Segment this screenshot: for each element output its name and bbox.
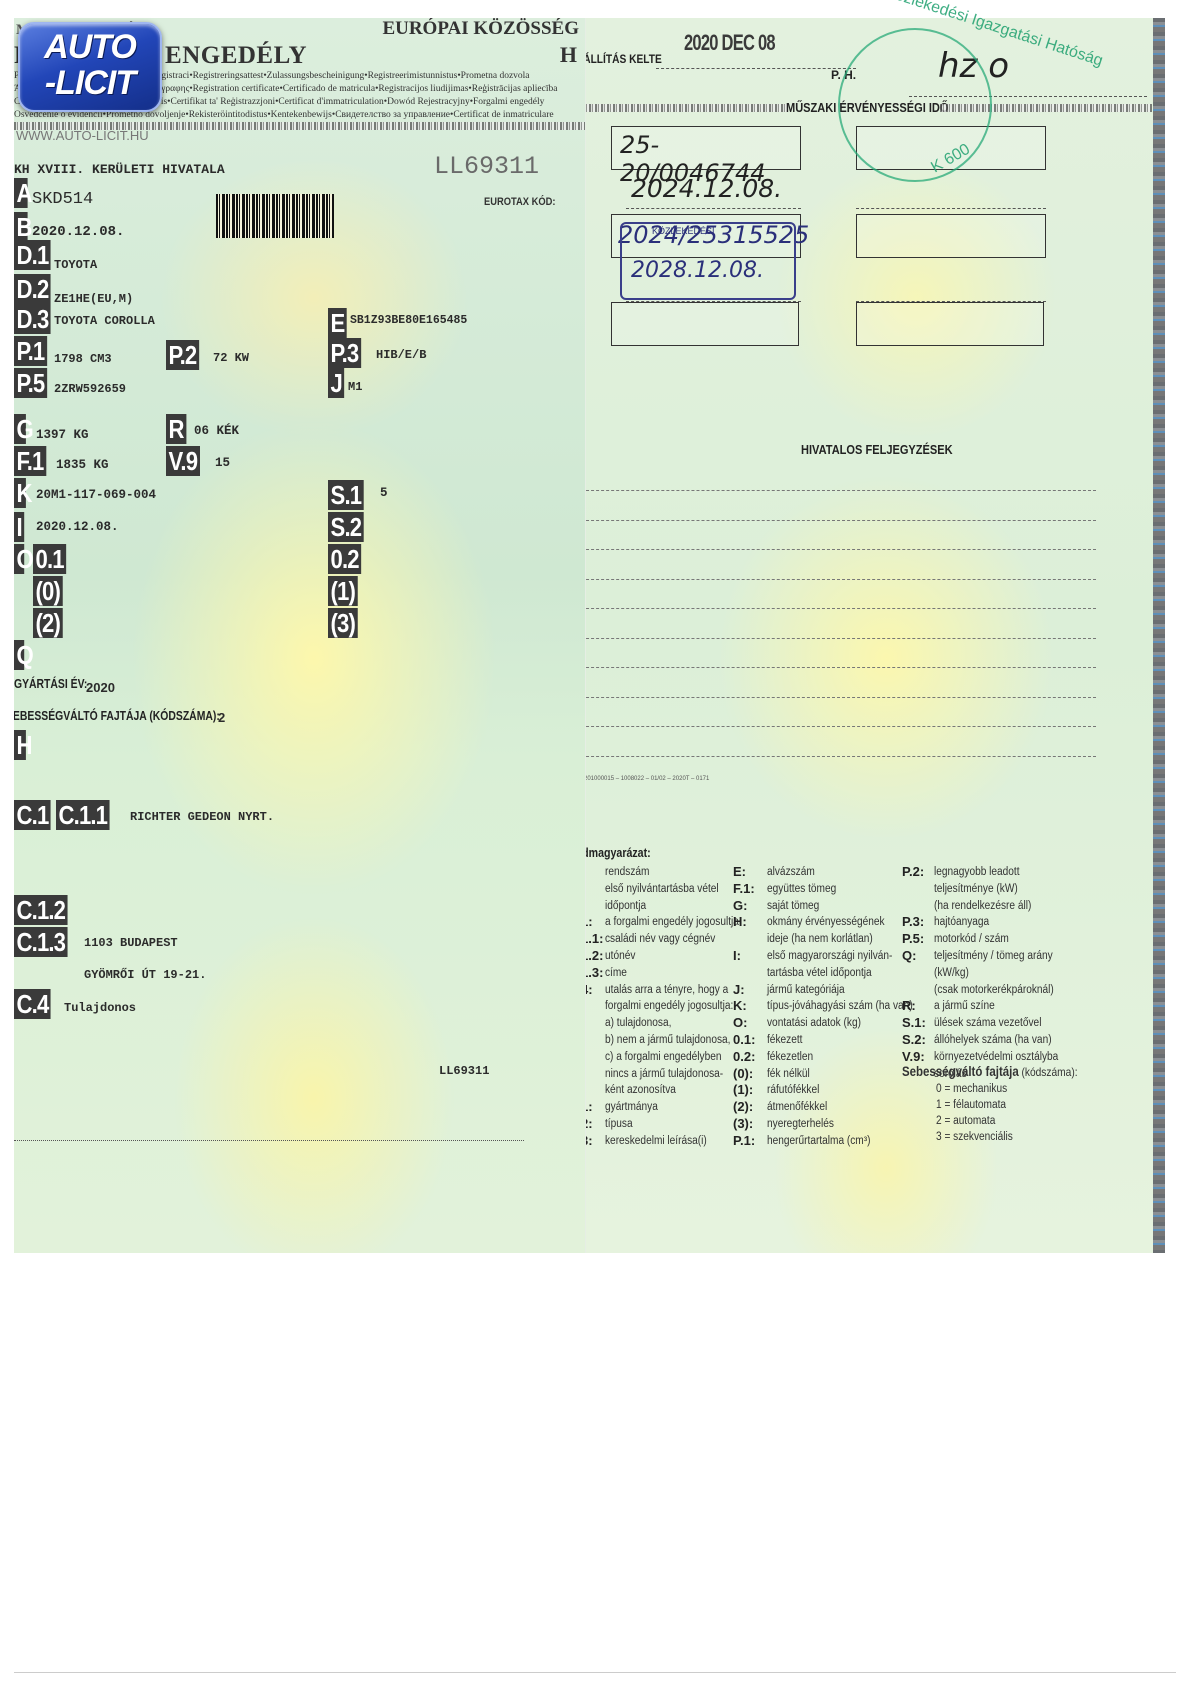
legend-entry: D.3:kereskedelmi leírása(i) — [585, 1133, 738, 1150]
legend-description: c) a forgalmi engedélyben — [605, 1049, 721, 1065]
legend-code: G: — [733, 898, 747, 914]
legend-code: (1): — [733, 1082, 753, 1098]
gearbox-legend-item: 3 = szekvenciális — [936, 1129, 1082, 1145]
notes-line — [585, 726, 1096, 727]
legend-entry: Q:teljesítmény / tömeg arány(kW/kg)(csak… — [902, 948, 1072, 998]
code-label-p5: P.5 — [14, 368, 47, 398]
legend-description: (ha rendelkezésre áll) — [934, 898, 1031, 914]
field-j-category: M1 — [348, 380, 362, 394]
legend-code: C.1.3: — [585, 965, 603, 981]
field-i-hu-registration: 2020.12.08. — [36, 520, 119, 534]
legend-description: típusa — [605, 1116, 633, 1132]
notes-line — [585, 756, 1096, 757]
legend-entry: D.1:gyártmánya — [585, 1099, 738, 1116]
serial-number: LL69311 — [434, 152, 539, 181]
legend-description: ülések száma vezetővel — [934, 1015, 1041, 1031]
legend-description: első nyilvántartásba vétel — [605, 881, 719, 897]
legend-entry: C.1.2:utónév — [585, 948, 738, 965]
footer-serial: LL69311 — [439, 1064, 489, 1078]
legend-entry: C.1.1:családi név vagy cégnév — [585, 931, 738, 948]
field-d2-type: ZE1HE(EU,M) — [54, 292, 133, 306]
legend-entry: O:vontatási adatok (kg) — [733, 1015, 903, 1032]
inspection-stamp: KÖZLEKEDÉSI — [620, 222, 796, 300]
code-label-brake2: (2) — [33, 608, 63, 638]
legend-entry: C.4:utalás arra a tényre, hogy aforgalmi… — [585, 982, 738, 1100]
code-label-k: K — [14, 478, 26, 508]
notes-line — [585, 490, 1096, 491]
legend-description: környezetvédelmi osztályba — [934, 1049, 1058, 1065]
gearbox-code: 2 — [218, 710, 225, 725]
legend-description: okmány érvényességének — [767, 914, 885, 930]
footer-rule — [14, 1140, 524, 1141]
legend-code: (2): — [733, 1099, 753, 1115]
legend-description: nyeregterhelés — [767, 1116, 834, 1132]
legend-description: (csak motorkerékpároknál) — [934, 982, 1054, 998]
legend-description: a) tulajdonosa, — [605, 1015, 671, 1031]
validity-box-empty — [856, 214, 1046, 258]
field-g-mass: 1397 KG — [36, 428, 89, 442]
legend-code: C.1: — [585, 914, 593, 930]
legend-entry: P.3:hajtóanyaga — [902, 914, 1072, 931]
logo-line1: AUTO — [20, 28, 160, 67]
legend-description: alvázszám — [767, 864, 815, 880]
code-label-o1: 0.1 — [33, 544, 66, 574]
code-label-d2: D.2 — [14, 274, 51, 304]
field-d1-make: TOYOTA — [54, 258, 97, 272]
code-label-f1: F.1 — [14, 446, 46, 476]
code-label-b: B — [14, 212, 28, 242]
date-line — [856, 208, 1046, 209]
gearbox-legend-suffix: (kódszáma): — [1021, 1065, 1077, 1079]
legend-code: (3): — [733, 1116, 753, 1132]
code-label-d1: D.1 — [14, 240, 51, 270]
notes-line — [585, 697, 1096, 698]
legend-column-2: E:alvázszámF.1:együttes tömegG:saját töm… — [733, 864, 903, 1150]
code-label-c11: C.1.1 — [56, 800, 110, 830]
gearbox-legend-title: Sebességváltó fajtája — [902, 1064, 1019, 1079]
code-label-brake1: (1) — [328, 576, 358, 606]
legend-description: hengerűrtartalma (cm³) — [767, 1133, 870, 1149]
legend-entry: B:első nyilvántartásba vételidőpontja — [585, 881, 738, 915]
legend-code: C.4: — [585, 982, 593, 998]
legend-description: a forgalmi engedély jogosultja — [605, 914, 739, 930]
legend-description: motorkód / szám — [934, 931, 1009, 947]
legend-entry: E:alvázszám — [733, 864, 903, 881]
legend-code: P.5: — [902, 931, 924, 947]
code-label-i: I — [14, 512, 24, 542]
legend-description: időpontja — [605, 898, 646, 914]
field-c4-relation: Tulajdonos — [64, 1001, 136, 1015]
legend-description: (kW/kg) — [934, 965, 969, 981]
code-label-e: E — [328, 308, 347, 338]
legend-code: S.1: — [902, 1015, 926, 1031]
notes-line — [585, 520, 1096, 521]
guilloche-border — [585, 104, 787, 112]
validity-box-3 — [611, 302, 799, 346]
legend-code: P.1: — [733, 1133, 755, 1149]
field-s1-seats: 5 — [380, 486, 388, 500]
legend-code: D.2: — [585, 1116, 593, 1132]
official-notes-title: HIVATALOS FELJEGYZÉSEK — [801, 442, 953, 457]
legend-entry: P.5:motorkód / szám — [902, 931, 1072, 948]
legend-description: állóhelyek száma (ha van) — [934, 1032, 1052, 1048]
legend-description: nincs a jármű tulajdonosa- — [605, 1066, 723, 1082]
code-label-h: H — [14, 730, 26, 760]
legend-description: együttes tömeg — [767, 881, 836, 897]
legend-code: C.1.2: — [585, 948, 603, 964]
field-c13-address-line2: GYÖMRŐI ÚT 19-21. — [84, 968, 206, 982]
code-label-s2: S.2 — [328, 512, 364, 542]
code-label-v9: V.9 — [166, 446, 200, 476]
registration-right-page: KIÁLLÍTÁS KELTE 2020 DEC 08 P. H. hz o M… — [585, 18, 1164, 1253]
legend-description: hajtóanyaga — [934, 914, 989, 930]
validity-date-1: 2024.12.08. — [631, 174, 782, 203]
legend-entry: I:első magyarországi nyilván-tartásba vé… — [733, 948, 903, 982]
field-e-vin: SB1Z93BE80E165485 — [350, 314, 467, 327]
legend-entry: (3):nyeregterhelés — [733, 1116, 903, 1133]
legend-code: C.1.1: — [585, 931, 603, 947]
legend-description: ként azonosítva — [605, 1082, 676, 1098]
logo-line2: -LICIT — [20, 64, 160, 103]
legend-description: jármű kategóriája — [767, 982, 845, 998]
legend-description: teljesítménye (kW) — [934, 881, 1018, 897]
legend-code: J: — [733, 982, 745, 998]
field-f1-total-mass: 1835 KG — [56, 458, 109, 472]
legend-entry: D.2:típusa — [585, 1116, 738, 1133]
legend-entry: G:saját tömeg — [733, 898, 903, 915]
legend-description: címe — [605, 965, 627, 981]
field-c13-address-line1: 1103 BUDAPEST — [84, 936, 178, 950]
legend-code: K: — [733, 998, 747, 1014]
issue-date-label: KIÁLLÍTÁS KELTE — [585, 52, 662, 66]
code-label-c13: C.1.3 — [14, 927, 68, 957]
notes-line — [585, 638, 1096, 639]
field-p2-power: 72 KW — [213, 351, 249, 365]
scan-edge — [1153, 18, 1165, 1253]
legend-description: saját tömeg — [767, 898, 819, 914]
auto-licit-logo: AUTO -LICIT — [18, 22, 162, 112]
legend-entry: S.1:ülések száma vezetővel — [902, 1015, 1072, 1032]
legend-code: Q: — [902, 948, 916, 964]
legend-code: 0.1: — [733, 1032, 755, 1048]
code-label-brake0: (0) — [33, 576, 63, 606]
issue-date-line — [656, 68, 856, 69]
legend-description: b) nem a jármű tulajdonosa, — [605, 1032, 730, 1048]
legend-code: O: — [733, 1015, 747, 1031]
legend-description: utalás arra a tényre, hogy a — [605, 982, 728, 998]
legend-entry: (1):ráfutófékkel — [733, 1082, 903, 1099]
legend-code: P.2: — [902, 864, 924, 880]
page-bottom-line — [14, 1672, 1176, 1673]
legend-column-1: A:rendszámB:első nyilvántartásba vételid… — [585, 864, 738, 1150]
code-label-r: R — [166, 414, 186, 444]
legend-description: forgalmi engedély jogosultja: — [605, 998, 733, 1014]
code-label-p1: P.1 — [14, 336, 47, 366]
field-r-color: 06 KÉK — [194, 424, 239, 438]
legend-entry: S.2:állóhelyek száma (ha van) — [902, 1032, 1072, 1049]
legend-description: gyártmánya — [605, 1099, 658, 1115]
legend-code: (0): — [733, 1066, 753, 1082]
field-d3-model: TOYOTA COROLLA — [54, 314, 155, 328]
notes-line — [585, 549, 1096, 550]
legend-entry: C.1:a forgalmi engedély jogosultja — [585, 914, 738, 931]
code-label-p2: P.2 — [166, 340, 199, 370]
legend-entry: (2):átmenőfékkel — [733, 1099, 903, 1116]
code-label-o2: 0.2 — [328, 544, 361, 574]
legend-description: utónév — [605, 948, 635, 964]
legend-code: I: — [733, 948, 741, 964]
issuing-authority: KH XVIII. KERÜLETI HIVATALA — [14, 162, 225, 177]
code-label-g: G — [14, 414, 26, 444]
legend-entry: (0):fék nélkül — [733, 1066, 903, 1083]
field-c11-owner-name: RICHTER GEDEON NYRT. — [130, 810, 274, 824]
issue-date-stamp: 2020 DEC 08 — [684, 30, 775, 56]
date-line — [626, 208, 801, 209]
legend-description: a jármű színe — [934, 998, 995, 1014]
legend-description: vontatási adatok (kg) — [767, 1015, 861, 1031]
legend-code: R: — [902, 998, 916, 1014]
barcode — [216, 194, 334, 238]
manufacture-year-label: GYÁRTÁSI ÉV: — [14, 676, 87, 691]
code-label-j: J — [328, 368, 345, 398]
legend-description: rendszám — [605, 864, 649, 880]
code-label-c4: C.4 — [14, 989, 51, 1019]
legend-description: fék nélkül — [767, 1066, 810, 1082]
legend-description: családi név vagy cégnév — [605, 931, 715, 947]
field-v9-env-class: 15 — [215, 456, 230, 470]
field-b-first-registration: 2020.12.08. — [32, 224, 124, 240]
legend-description: típus-jóváhagyási szám (ha van) — [767, 998, 913, 1014]
notes-line — [585, 608, 1096, 609]
gearbox-legend: Sebességváltó fajtája (kódszáma): 0 = me… — [902, 1064, 1102, 1145]
legend-code: 0.2: — [733, 1049, 755, 1065]
legend-entry: J:jármű kategóriája — [733, 982, 903, 999]
legend-entry: H:okmány érvényességénekideje (ha nem ko… — [733, 914, 903, 948]
legend-description: ráfutófékkel — [767, 1082, 819, 1098]
legend-code: E: — [733, 864, 746, 880]
eu-header: EURÓPAI KÖZÖSSÉG — [382, 18, 579, 40]
legend-description: teljesítmény / tömeg arány — [934, 948, 1053, 964]
legend-entry: A:rendszám — [585, 864, 738, 881]
watermark-url: WWW.AUTO-LICIT.HU — [16, 128, 149, 143]
gearbox-legend-item: 0 = mechanikus — [936, 1081, 1082, 1097]
legend-entry: F.1:együttes tömeg — [733, 881, 903, 898]
legend-description: átmenőfékkel — [767, 1099, 827, 1115]
legend-code: V.9: — [902, 1049, 925, 1065]
code-label-p3: P.3 — [328, 338, 361, 368]
legend-description: fékezett — [767, 1032, 802, 1048]
validity-box-1: 25-20/0046744 — [611, 126, 801, 170]
eurotax-label: EUROTAX KÓD: — [484, 196, 556, 208]
code-label-c1: C.1 — [14, 800, 51, 830]
code-label-brake3: (3) — [328, 608, 358, 638]
legend-entry: P.2:legnagyobb leadottteljesítménye (kW)… — [902, 864, 1072, 914]
country-code: H — [560, 42, 577, 68]
legend-code: H: — [733, 914, 747, 930]
legend-title: Kódmagyarázat: — [585, 846, 651, 860]
legend-entry: R:a jármű színe — [902, 998, 1072, 1015]
legend-description: legnagyobb leadott — [934, 864, 1020, 880]
legend-description: fékezetlen — [767, 1049, 813, 1065]
legend-entry: C.1.3:címe — [585, 965, 738, 982]
print-code: 401201000015 – 1008022 – 01/02 – 2020T –… — [585, 776, 709, 782]
legend-code: D.3: — [585, 1133, 593, 1149]
code-label-d3: D.3 — [14, 304, 51, 334]
code-label-o: O — [14, 544, 24, 574]
field-k-type-approval: 20M1-117-069-004 — [36, 488, 156, 502]
code-label-s1: S.1 — [328, 480, 364, 510]
inspection-stamp-text: KÖZLEKEDÉSI — [652, 226, 715, 236]
legend-code: S.2: — [902, 1032, 926, 1048]
validity-box-4 — [856, 302, 1044, 346]
legend-entry: 0.1:fékezett — [733, 1032, 903, 1049]
legend-code: F.1: — [733, 881, 755, 897]
legend-code: D.1: — [585, 1099, 593, 1115]
legend-entry: 0.2:fékezetlen — [733, 1049, 903, 1066]
gearbox-legend-item: 1 = félautomata — [936, 1097, 1082, 1113]
legend-column-3: P.2:legnagyobb leadottteljesítménye (kW)… — [902, 864, 1072, 1082]
legend-description: kereskedelmi leírása(i) — [605, 1133, 707, 1149]
gearbox-legend-item: 2 = automata — [936, 1113, 1082, 1129]
registration-left-page: MAGYARORSZÁG FORGALMI ENGEDÉLY EURÓPAI K… — [14, 18, 587, 1253]
legend-entry: K:típus-jóváhagyási szám (ha van) — [733, 998, 903, 1015]
manufacture-year: 2020 — [86, 680, 115, 695]
legend-description: első magyarországi nyilván- — [767, 948, 892, 964]
code-label-c12: C.1.2 — [14, 895, 68, 925]
legend-description: tartásba vétel időpontja — [767, 965, 872, 981]
legend-entry: P.1:hengerűrtartalma (cm³) — [733, 1133, 903, 1150]
code-label-a: A — [14, 178, 28, 208]
field-a-plate: SKD514 — [32, 190, 93, 209]
field-p1-displacement: 1798 CM3 — [54, 352, 112, 366]
notes-line — [585, 579, 1096, 580]
code-label-q: Q — [14, 640, 24, 670]
field-p3-fuel: HIB/E/B — [376, 348, 426, 362]
gearbox-label: SEBESSÉGVÁLTÓ FAJTÁJA (KÓDSZÁMA): — [14, 708, 220, 723]
field-p5-engine-code: 2ZRW592659 — [54, 382, 126, 396]
legend-description: ideje (ha nem korlátlan) — [767, 931, 873, 947]
legend-code: P.3: — [902, 914, 924, 930]
notes-line — [585, 667, 1096, 668]
